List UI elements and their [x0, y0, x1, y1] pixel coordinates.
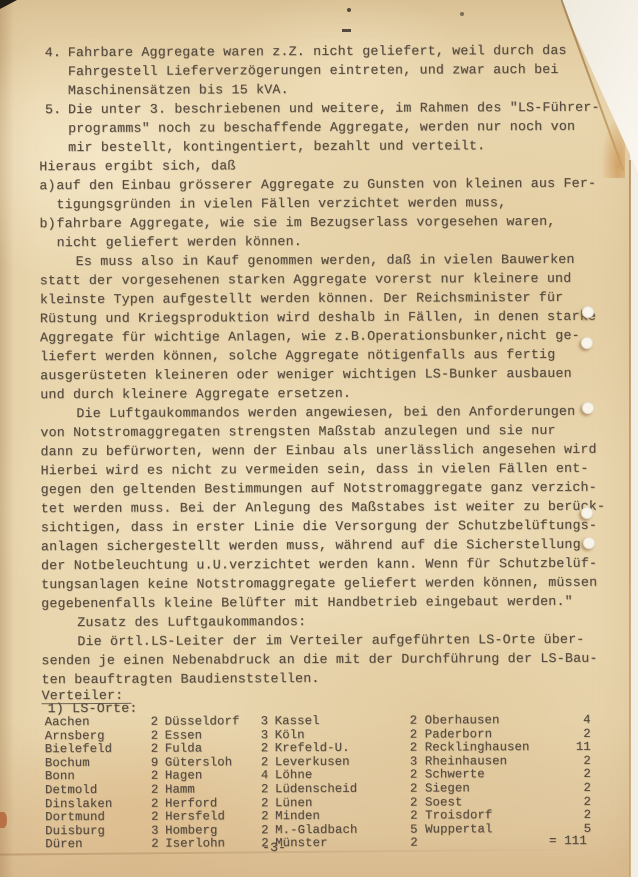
item-marker: a) — [39, 176, 56, 214]
text-line: gegen den geltenden Bestimmungen auf Not… — [41, 478, 631, 500]
text-line: Die örtl.LS-Leiter der im Verteiler aufg… — [41, 630, 631, 652]
city-cell: Fulda — [165, 742, 261, 756]
text-line: statt der vorgesehenen starken Aggregate… — [40, 269, 630, 291]
city-cell: Schwerte — [425, 768, 557, 782]
count-cell: 11 — [557, 741, 591, 755]
text-line: senden je einen Nebenabdruck an die mit … — [41, 649, 631, 671]
count-cell: 3 — [261, 715, 275, 729]
text-line: Aggregate für wichtige Anlagen, wie z.B.… — [40, 326, 630, 348]
item-marker: b) — [39, 214, 56, 252]
text-line: gegebenenfalls kleine Belüfter mit Handb… — [41, 592, 631, 614]
count-cell: 2 — [410, 782, 425, 796]
distribution-table: Aachen 2 Düsseldorf 3 Kassel 2 Oberhause… — [45, 714, 633, 852]
count-cell: 2 — [151, 811, 165, 825]
city-cell: Minden — [275, 810, 410, 824]
item-marker: 4. — [45, 43, 68, 100]
text-line: tungsanlagen keine Notstromaggregate gel… — [41, 573, 631, 595]
city-cell: Wuppertal — [425, 823, 557, 837]
text-line: tigungsgründen in vielen Fällen verzicht… — [56, 193, 596, 214]
city-cell: Düren — [45, 838, 151, 852]
city-cell: Hagen — [165, 770, 261, 784]
city-cell: Düsseldorf — [165, 715, 261, 729]
lettered-item-a: a) auf den Einbau grösserer Aggregate zu… — [39, 174, 629, 215]
text-line: anlagen sichergestellt werden muss, währ… — [41, 535, 631, 557]
city-cell: Kassel — [275, 715, 410, 729]
text-line: liefert werden können, solche Aggregate … — [40, 345, 630, 367]
text-line: Hierbei wird es nicht zu vermeiden sein,… — [41, 459, 631, 481]
text-line: auf den Einbau grösserer Aggregate zu Gu… — [56, 174, 596, 195]
text-line: ausgerüsteten kleineren oder weniger wic… — [40, 364, 630, 386]
page-edge-line — [629, 160, 631, 877]
text-line: und durch kleinere Aggregate ersetzen. — [40, 383, 630, 405]
punch-hole — [581, 507, 593, 519]
count-cell: 2 — [151, 770, 165, 784]
count-cell: 2 — [261, 742, 275, 756]
city-cell: Iserlohn — [165, 838, 261, 852]
text-line: Maschinensätzen bis 15 kVA. — [68, 79, 567, 100]
scanned-document: 4. Fahrbare Aggregate waren z.Z. nicht g… — [0, 0, 638, 877]
city-cell: Münster — [275, 837, 410, 851]
zusatz-line: Zusatz des Luftgaukommandos: — [41, 611, 631, 633]
paragraph-luftgaukommandos: Die Luftgaukommandos werden angewiesen, … — [40, 402, 631, 614]
city-cell: Siegen — [425, 782, 557, 796]
item-marker: 5. — [45, 100, 68, 157]
text-line: mir bestellt, kontingentiert, bezahlt un… — [68, 136, 600, 157]
paper-page: 4. Fahrbare Aggregate waren z.Z. nicht g… — [0, 0, 630, 877]
punch-hole — [582, 306, 594, 318]
text-line: nicht geliefert werden können. — [57, 231, 556, 252]
count-cell: 2 — [557, 782, 591, 796]
count-cell: 2 — [410, 742, 425, 756]
city-cell: Bonn — [45, 770, 151, 784]
text-line: Die unter 3. beschriebenen und weitere, … — [68, 98, 600, 119]
text-line: der Notbeleuchtung u.U.verzichtet werden… — [41, 554, 631, 576]
punch-hole — [583, 537, 595, 549]
item-lines: Die unter 3. beschriebenen und weitere, … — [68, 98, 600, 157]
city-cell: Detmold — [45, 784, 151, 798]
city-cell: Troisdorf — [425, 809, 557, 823]
item-lines: auf den Einbau grösserer Aggregate zu Gu… — [56, 174, 596, 214]
city-cell: Recklinghausen — [425, 741, 557, 755]
count-cell: 2 — [261, 810, 275, 824]
count-cell: 2 — [410, 715, 425, 729]
count-cell: 2 — [151, 716, 165, 730]
numbered-item-5: 5. Die unter 3. beschriebenen und weiter… — [45, 98, 629, 158]
distribution-total: = 111 — [549, 834, 587, 848]
count-cell: 2 — [151, 743, 165, 757]
punch-hole — [582, 402, 594, 414]
text-line: Es muss also in Kauf genommen werden, da… — [40, 250, 630, 272]
text-line: programms" noch zu beschaffende Aggregat… — [68, 117, 600, 138]
count-cell: 2 — [151, 838, 165, 852]
count-cell: 2 — [410, 837, 425, 851]
city-cell: Aachen — [45, 716, 151, 730]
text-line: von Notstromaggregaten strengsten Maßsta… — [40, 421, 630, 443]
text-line: sichtigen, dass in erster Linie die Vers… — [41, 516, 631, 538]
count-cell: 2 — [261, 783, 275, 797]
item-lines: Fahrbare Aggregate waren z.Z. nicht geli… — [68, 41, 567, 100]
text-line: Die Luftgaukommandos werden angewiesen, … — [40, 402, 630, 424]
city-cell: Hersfeld — [165, 810, 261, 824]
text-line: dann zu befürworten, wenn der Einbau als… — [40, 440, 630, 462]
city-cell: Lüdenscheid — [275, 783, 410, 797]
text-line: fahrbare Aggregate, wie sie im Bezugserl… — [56, 212, 555, 233]
count-cell: 4 — [557, 714, 591, 728]
dash-mark — [342, 29, 351, 32]
city-cell: Krefeld-U. — [275, 742, 410, 756]
punch-hole — [581, 337, 593, 349]
numbered-item-4: 4. Fahrbare Aggregate waren z.Z. nicht g… — [45, 41, 629, 101]
text-line: Rüstung und Kriegsproduktion wird deshal… — [40, 307, 630, 329]
count-cell: 2 — [410, 810, 425, 824]
ink-dot-mark — [460, 12, 464, 16]
city-cell: Oberhausen — [425, 714, 557, 728]
paper-tear-mark — [0, 812, 7, 828]
closing-paragraph: Die örtl.LS-Leiter der im Verteiler aufg… — [41, 630, 631, 690]
text-line: ten beauftragten Baudienststellen. — [41, 668, 631, 690]
text-line: Fahrbare Aggregate waren z.Z. nicht geli… — [68, 41, 567, 62]
city-cell: Dortmund — [45, 811, 151, 825]
count-cell: 2 — [151, 784, 165, 798]
text-line: kleinste Typen aufgestellt werden können… — [40, 288, 630, 310]
text-line: Fahrgestell Lieferverzögerungen eintrete… — [68, 60, 567, 81]
lettered-item-b: b) fahrbare Aggregate, wie sie im Bezugs… — [39, 212, 629, 253]
count-cell: 4 — [261, 770, 275, 784]
text-line: tet werden muss. Bei der Anlegung des Ma… — [41, 497, 631, 519]
item-lines: fahrbare Aggregate, wie sie im Bezugserl… — [56, 212, 555, 252]
document-content: 4. Fahrbare Aggregate waren z.Z. nicht g… — [0, 0, 632, 852]
ink-dot-mark — [347, 8, 351, 12]
city-cell: Bielefeld — [45, 743, 151, 757]
city-cell: Hamm — [165, 783, 261, 797]
count-cell: 2 — [410, 769, 425, 783]
intro-line: Hieraus ergibt sich, daß — [39, 155, 629, 177]
paragraph-aggregate-replacement: Es muss also in Kauf genommen werden, da… — [40, 250, 631, 405]
count-cell: 2 — [557, 809, 591, 823]
